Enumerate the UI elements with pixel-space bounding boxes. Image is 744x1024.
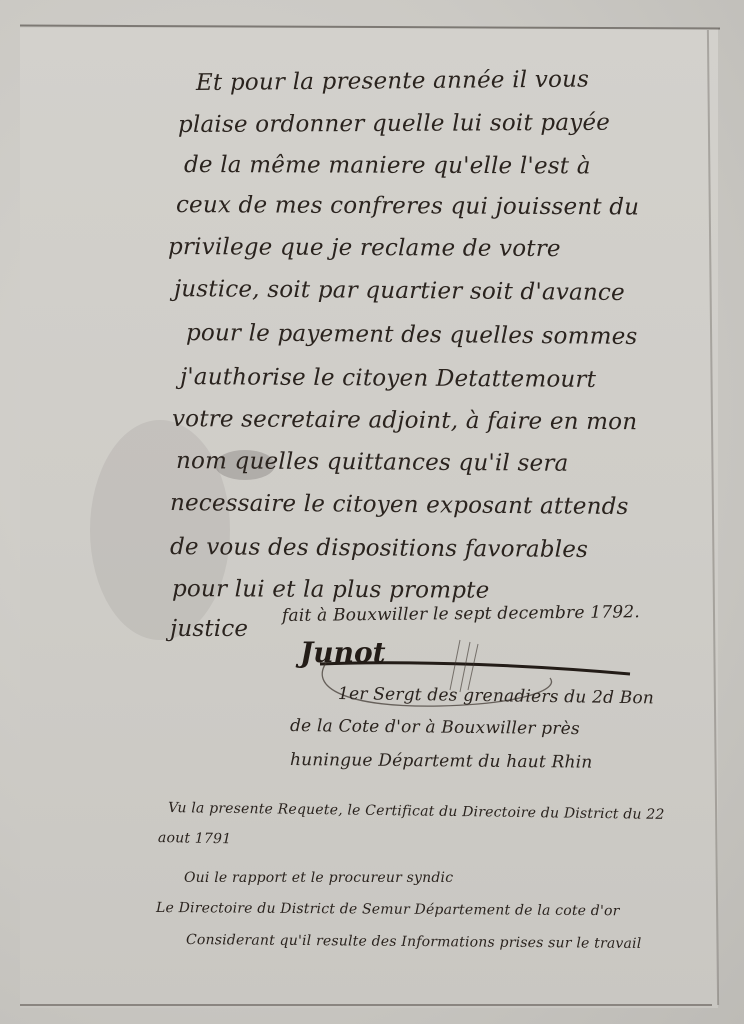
petition-line: nom quelles quittances qu'il sera [176,448,569,477]
dateline: fait à Bouxwiller le sept decembre 1792. [282,602,640,626]
decision-line: aout 1791 [158,830,232,847]
petition-line: necessaire le citoyen exposant attends [170,490,629,520]
petition-line: ceux de mes confreres qui jouissent du [176,192,639,220]
petition-line: votre secretaire adjoint, à faire en mon [172,406,637,435]
signature-title-line: de la Cote d'or à Bouxwiller près [290,716,580,739]
petition-line: pour lui et la plus prompte [172,576,490,604]
petition-line: de la même maniere qu'elle l'est à [184,152,591,179]
petition-line: de vous des dispositions favorables [170,534,588,563]
signature: Junot [300,636,386,669]
decision-line: Oui le rapport et le procureur syndic [184,870,453,886]
petition-line: justice, soit par quartier soit d'avance [174,276,625,306]
petition-line: plaise ordonner quelle lui soit payée [178,110,610,138]
petition-line: pour le payement des quelles sommes [186,320,638,350]
signature-title-line: huningue Départemt du haut Rhin [290,750,593,773]
petition-line: j'authorise le citoyen Detattemourt [180,364,596,393]
petition-line: privilege que je reclame de votre [168,234,561,262]
petition-line: justice [170,616,248,642]
paper-edge-bottom [20,1004,712,1006]
petition-line: Et pour la presente année il vous [196,67,589,96]
decision-line: Le Directoire du District de Semur Dépar… [156,900,620,919]
